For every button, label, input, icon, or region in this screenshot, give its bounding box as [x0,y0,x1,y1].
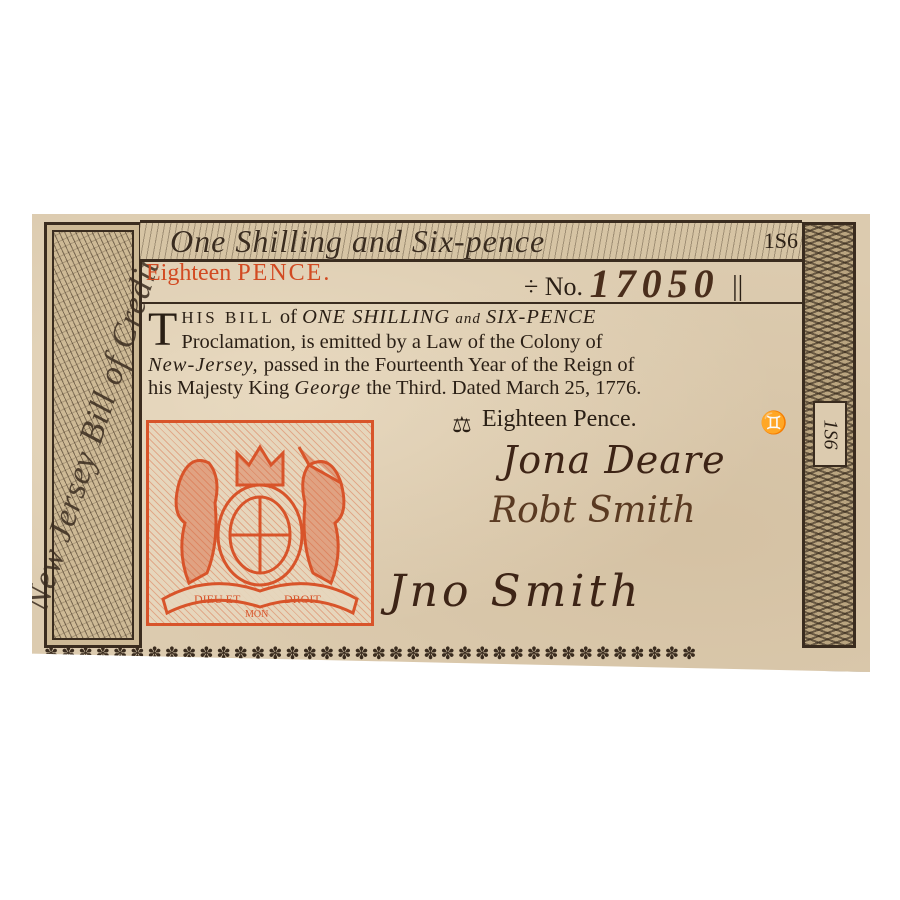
bottom-ornamental-border: ✽✽✽✽✽✽✽✽✽✽✽✽✽✽✽✽✽✽✽✽✽✽✽✽✽✽✽✽✽✽✽✽✽✽✽✽✽✽ [44,644,856,664]
svg-text:MON: MON [245,609,268,620]
svg-text:DROIT: DROIT [284,592,321,606]
top-banner: One Shilling and Six-pence 1S6 [140,220,802,262]
denomination-header: Eighteen PENCE. [146,260,331,287]
denomination-caps: PENCE. [237,260,331,286]
serial-suffix: || [732,271,743,302]
scales-icon: ⚖ [452,412,472,438]
dropcap: T [148,308,177,352]
left-ornamental-panel: New Jersey Bill of Credit [44,222,142,648]
signature-2: Robt Smith [490,490,696,531]
denomination-word: Eighteen [146,260,231,286]
serial-prefix: No. [545,272,583,301]
signature-1: Jona Deare [502,438,726,482]
right-value-box: 1S6 [813,401,847,467]
svg-text:DIEU ET: DIEU ET [194,592,241,606]
twins-icon: ♊ [760,410,787,436]
division-mark: ÷ [524,272,538,301]
right-panel-value-code: 1S6 [819,419,842,449]
top-banner-script: One Shilling and Six-pence [170,223,545,260]
royal-coat-of-arms: DIEU ET MON DROIT [146,420,374,626]
coat-of-arms-illustration: DIEU ET MON DROIT [149,423,371,623]
serial-value: 17050 [590,261,720,306]
right-ornamental-panel: 1S6 [802,222,856,648]
denomination-footer: Eighteen Pence. [482,406,637,433]
top-banner-value-code: 1S6 [764,228,798,254]
signature-3: Jno Smith [388,566,642,617]
header-rule [140,302,802,304]
serial-number: ÷ No. 17050 || [524,258,743,305]
proclamation-text: T HIS BILL of ONE SHILLING and SIX-PENCE… [148,306,800,400]
banknote: New Jersey Bill of Credit One Shilling a… [32,214,870,672]
